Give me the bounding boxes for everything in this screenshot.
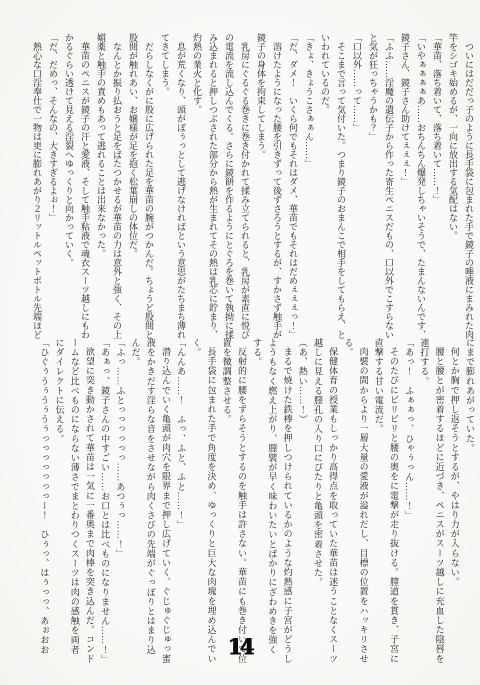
paragraph: 華苗のペニスが鏡子の汗と愛液、そして触手粘液で魂衣スーツ越しにもわかるぐらい透け…: [61, 33, 93, 339]
paragraph: 息が荒くなり、頭がぼぅっとして逃げなければという意思がたちまち薄れてきてしまう。: [157, 33, 189, 339]
paragraph: にまで膨れあがっていた。: [462, 338, 477, 664]
paragraph: 「きょ、きょうこさぁぁん……」: [301, 33, 317, 339]
paragraph: そのたびにビリビリと腰の奥をに電撃が走り抜ける。膣道を貫き、子宮に直撃する甘い電…: [371, 338, 401, 664]
paragraph: 長手袋に包まれた手で角度を決め、ゆっくりと巨大な肉塊を埋め込んでいく。: [188, 338, 218, 664]
paragraph: 何とか胸で押し返そうとするが、やはり力が入らない。: [447, 338, 462, 664]
paragraph: だらしなくがに股に広げられた足を華苗の腕がつかんだ。ちょうど股間と股間が触れあい…: [125, 33, 157, 339]
paragraph: 「ふふ……淫魔の遺伝子から作った寄生ペニスだもの、口以外でこすらないと気が狂っち…: [365, 33, 397, 339]
paragraph: 「ふっ……ふとっっっっっっ……あつぅっ……！」: [112, 338, 127, 664]
paragraph: 熱心な口淫奉仕で一物は更に膨れあがり２リットルペットボトル先端ほど: [29, 33, 45, 339]
vertical-text-block-upper: ついにはだだっ子のように長手袋に包まれた手で鏡子の唾液にまみれた肉竿をシゴキ始め…: [29, 33, 477, 339]
paragraph: 「あっ！ ふぁぁっ、ひゃぅっん……！」: [401, 338, 416, 664]
novel-scan-page: ついにはだだっ子のように長手袋に包まれた手で鏡子の唾液にまみれた肉竿をシゴキ始め…: [0, 0, 480, 685]
vertical-text-block-lower: にまで膨れあがっていた。何とか胸で押し返そうとするが、やはり力が入らない。腰と腰…: [31, 338, 477, 664]
paragraph: 肉襞の間からより一層大量の愛液が溢れだし、目標の位置をハッキリさせる。: [340, 338, 370, 664]
paragraph: そこまで言って気付いた。つまり鏡子のおまんこで相手をしてもらえ、といわれているの…: [317, 33, 349, 339]
paragraph: 「だ、ダメ！ いくら何でもそれはダメ、華苗でもそれはだめぇぇぇっ！」: [285, 33, 301, 339]
paragraph: 「あぁっ、鏡子さんの中すごい……お口とは比べものになりません……！」: [97, 338, 112, 664]
paragraph: 「いやぁぁぁぁあ……おちんちん爆発しちゃいそうで、たまんないんです、鏡子さん、鏡…: [397, 33, 429, 339]
paragraph: 腰と腰とが密着するほどに近づき、ペニスがスーツ越しに充血した陰唇を連打する。: [416, 338, 446, 664]
paragraph: ついにはだだっ子のように長手袋に包まれた手で鏡子の唾液にまみれた肉竿をシゴキ始め…: [445, 33, 477, 339]
paragraph: 「ひぐぅうぅうぅうぅっっっっっっっー！ ひぅっ、はぅっっ、あぉおお: [36, 338, 51, 664]
paragraph: 反射的に腰をずらそうとするのを触手は許さない。華苗にも巻き付いて位置を微調整させ…: [219, 338, 249, 664]
paragraph: 乳房にぐるぐる巻きに巻き付かれて揉み立てられると、乳房が素直に悦びの電流を流し込…: [189, 33, 253, 339]
paragraph: 「んんあ……！ ふっ、ふと、ふと……！」: [173, 338, 188, 664]
paragraph: 「だ、だめっ、そんなの、大きすぎるよぉ！」: [45, 33, 61, 339]
paragraph: （あ、熱い……！）: [295, 338, 310, 664]
paragraph: 「華苗、落ち着いて、落ち着いて……！」: [429, 33, 445, 339]
paragraph: まるで焼けた鉄棒を押しつけられているかのような灼熱感に子宮がどうしようもなく燃え…: [249, 338, 295, 664]
paragraph: 「口以外……って……」: [349, 33, 365, 339]
paragraph: 欲望に突き動かされて華苗は一気に一番奥まで肉棒を突き込んだ。コンドームなど比べも…: [51, 338, 97, 664]
paragraph: 保健体育の授業もしっかり高得点を取っていた華苗は迷うことなくスーツ越しに見える膣…: [310, 338, 340, 664]
page-number: 14: [228, 634, 252, 659]
paragraph: 潜り込んでいく亀頭が肉穴を限界まで押し広げていく。ぐじゅぐじゅっ蜜液をかきだす淫…: [127, 338, 173, 664]
paragraph: なんとか振り払おうと足をばたつかせるが華苗の力は意外と強く、その上媚薬と触手の責…: [93, 33, 125, 339]
paragraph: 溶けたようになった腰を引きずって後ずさろうとするが、すかさず触手が鏡子の身体を拘…: [253, 33, 285, 339]
